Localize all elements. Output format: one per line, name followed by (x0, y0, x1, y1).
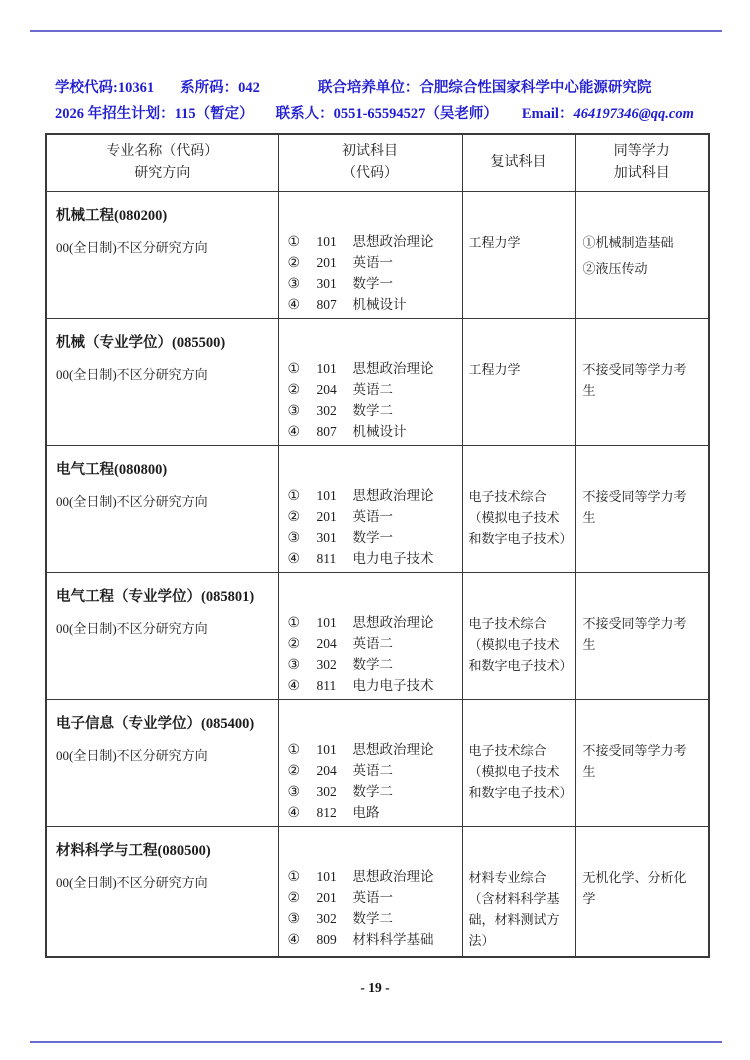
col-header-text: 研究方向 (47, 163, 278, 185)
subject-number-icon: ③ (288, 656, 305, 676)
subject-name: 数学二 (353, 401, 394, 421)
major-name: 机械工程(080200) (56, 204, 272, 225)
col-header-additional: 同等学力 加试科目 (575, 134, 709, 192)
col-header-retest: 复试科目 (462, 134, 575, 192)
subject-name: 思想政治理论 (353, 867, 434, 887)
subject-code: 101 (317, 232, 343, 252)
subject-name: 思想政治理论 (353, 359, 434, 379)
additional-exam-line: 不接受同等学力考生 (583, 613, 699, 655)
subject-name: 英语二 (353, 634, 394, 654)
retest-subject: 电子技术综合（模拟电子技术和数字电子技术） (469, 613, 571, 676)
document-header: 学校代码:10361 系所码：042 联合培养单位：合肥综合性国家科学中心能源研… (55, 76, 720, 126)
subject-item: ①101思想政治理论 (288, 867, 458, 888)
major-cell: 材料科学与工程(080500) 00(全日制)不区分研究方向 (46, 827, 278, 957)
major-cell: 电气工程（专业学位）(085801) 00(全日制)不区分研究方向 (46, 573, 278, 700)
subject-code: 807 (317, 422, 343, 442)
email-address: 464197346@qq.com (573, 106, 693, 122)
initial-exam-cell: ①101思想政治理论②201英语一③302数学二④809材料科学基础 (278, 827, 462, 957)
subject-item: ②201英语一 (288, 888, 458, 909)
subject-code: 811 (317, 549, 343, 569)
subject-code: 301 (317, 274, 343, 294)
subject-name: 数学一 (353, 274, 394, 294)
major-name: 材料科学与工程(080500) (56, 839, 272, 860)
subject-number-icon: ① (288, 741, 305, 761)
subject-item: ②204英语二 (288, 380, 458, 401)
subject-number-icon: ③ (288, 910, 305, 930)
subject-code: 201 (317, 253, 343, 273)
research-direction: 00(全日制)不区分研究方向 (56, 745, 272, 764)
subject-code: 812 (317, 803, 343, 823)
subject-list: ①101思想政治理论②204英语二③302数学二④811电力电子技术 (288, 613, 458, 697)
retest-cell: 电子技术综合（模拟电子技术和数字电子技术） (462, 700, 575, 827)
major-name: 电气工程（专业学位）(085801) (56, 585, 272, 606)
table-header-row: 专业名称（代码） 研究方向 初试科目 （代码） 复试科目 同等学力 加试科目 (46, 134, 709, 192)
subject-list: ①101思想政治理论②201英语一③302数学二④809材料科学基础 (288, 867, 458, 951)
additional-exam: 不接受同等学力考生 (583, 613, 699, 655)
additional-cell: ①机械制造基础②液压传动 (575, 192, 709, 319)
subject-code: 302 (317, 655, 343, 675)
subject-list: ①101思想政治理论②201英语一③301数学一④807机械设计 (288, 232, 458, 316)
subject-list: ①101思想政治理论②204英语二③302数学二④807机械设计 (288, 359, 458, 443)
email-label: Email： (522, 106, 574, 122)
additional-exam: 不接受同等学力考生 (583, 359, 699, 401)
subject-code: 101 (317, 613, 343, 633)
research-direction: 00(全日制)不区分研究方向 (56, 364, 272, 383)
subject-code: 301 (317, 528, 343, 548)
subject-code: 101 (317, 740, 343, 760)
subject-number-icon: ① (288, 614, 305, 634)
document-page: 学校代码:10361 系所码：042 联合培养单位：合肥综合性国家科学中心能源研… (0, 0, 750, 1060)
major-cell: 机械工程(080200) 00(全日制)不区分研究方向 (46, 192, 278, 319)
subject-number-icon: ④ (288, 296, 305, 316)
subject-number-icon: ② (288, 889, 305, 909)
col-header-text: 复试科目 (463, 152, 575, 174)
research-direction: 00(全日制)不区分研究方向 (56, 618, 272, 637)
major-name: 电子信息（专业学位）(085400) (56, 712, 272, 733)
subject-number-icon: ④ (288, 931, 305, 951)
subject-item: ④812电路 (288, 803, 458, 824)
subject-name: 思想政治理论 (353, 232, 434, 252)
subject-code: 101 (317, 867, 343, 887)
subject-code: 204 (317, 380, 343, 400)
subject-number-icon: ② (288, 635, 305, 655)
subject-name: 思想政治理论 (353, 740, 434, 760)
subject-number-icon: ① (288, 233, 305, 253)
subject-item: ③302数学二 (288, 909, 458, 930)
contact-person: 联系人：0551-65594527（吴老师） (276, 102, 498, 126)
subject-code: 101 (317, 359, 343, 379)
major-name: 机械（专业学位）(085500) (56, 331, 272, 352)
subject-number-icon: ③ (288, 783, 305, 803)
additional-cell: 不接受同等学力考生 (575, 700, 709, 827)
subject-name: 机械设计 (353, 295, 407, 315)
subject-item: ②204英语二 (288, 634, 458, 655)
additional-exam-line: 不接受同等学力考生 (583, 486, 699, 528)
subject-number-icon: ④ (288, 804, 305, 824)
joint-unit: 联合培养单位：合肥综合性国家科学中心能源研究院 (318, 76, 652, 100)
additional-exam: 不接受同等学力考生 (583, 740, 699, 782)
subject-number-icon: ④ (288, 423, 305, 443)
footer-rule (30, 1041, 722, 1043)
initial-exam-cell: ①101思想政治理论②204英语二③302数学二④811电力电子技术 (278, 573, 462, 700)
dept-code: 系所码：042 (180, 76, 260, 100)
header-line-2: 2026 年招生计划：115（暂定） 联系人：0551-65594527（吴老师… (55, 102, 720, 126)
additional-exam-line: ①机械制造基础 (583, 232, 699, 253)
subject-number-icon: ① (288, 360, 305, 380)
subject-item: ③302数学二 (288, 782, 458, 803)
additional-cell: 不接受同等学力考生 (575, 319, 709, 446)
subject-name: 英语一 (353, 253, 394, 273)
subject-name: 机械设计 (353, 422, 407, 442)
major-cell: 电气工程(080800) 00(全日制)不区分研究方向 (46, 446, 278, 573)
additional-cell: 不接受同等学力考生 (575, 446, 709, 573)
subject-item: ①101思想政治理论 (288, 486, 458, 507)
subject-code: 204 (317, 634, 343, 654)
subject-item: ④809材料科学基础 (288, 930, 458, 951)
retest-cell: 工程力学 (462, 192, 575, 319)
school-code: 学校代码:10361 (55, 76, 154, 100)
initial-exam-cell: ①101思想政治理论②204英语二③302数学二④812电路 (278, 700, 462, 827)
subject-code: 101 (317, 486, 343, 506)
additional-exam-line: ②液压传动 (583, 258, 699, 279)
subject-item: ①101思想政治理论 (288, 232, 458, 253)
subject-number-icon: ③ (288, 529, 305, 549)
col-header-text: 专业名称（代码） (47, 141, 278, 163)
col-header-text: 初试科目 (279, 141, 462, 163)
subject-code: 204 (317, 761, 343, 781)
subject-name: 英语一 (353, 507, 394, 527)
col-header-text: （代码） (279, 163, 462, 185)
major-cell: 机械（专业学位）(085500) 00(全日制)不区分研究方向 (46, 319, 278, 446)
subject-name: 电力电子技术 (353, 549, 434, 569)
subject-number-icon: ① (288, 487, 305, 507)
subject-item: ④807机械设计 (288, 422, 458, 443)
subject-code: 302 (317, 909, 343, 929)
table-row: 材料科学与工程(080500) 00(全日制)不区分研究方向 ①101思想政治理… (46, 827, 709, 957)
table-row: 机械工程(080200) 00(全日制)不区分研究方向 ①101思想政治理论②2… (46, 192, 709, 319)
subject-name: 数学一 (353, 528, 394, 548)
additional-cell: 不接受同等学力考生 (575, 573, 709, 700)
subject-number-icon: ② (288, 381, 305, 401)
subject-item: ①101思想政治理论 (288, 613, 458, 634)
subject-item: ①101思想政治理论 (288, 740, 458, 761)
retest-subject: 材料专业综合（含材料科学基础，材料测试方法） (469, 867, 571, 951)
subject-code: 809 (317, 930, 343, 950)
subject-number-icon: ② (288, 254, 305, 274)
enrollment-plan: 2026 年招生计划：115（暂定） (55, 102, 254, 126)
subject-item: ②201英语一 (288, 253, 458, 274)
page-number: - 19 - (0, 980, 750, 996)
subject-code: 302 (317, 401, 343, 421)
col-header-major: 专业名称（代码） 研究方向 (46, 134, 278, 192)
table-body: 机械工程(080200) 00(全日制)不区分研究方向 ①101思想政治理论②2… (46, 192, 709, 957)
subject-number-icon: ② (288, 508, 305, 528)
retest-subject: 电子技术综合（模拟电子技术和数字电子技术） (469, 486, 571, 549)
retest-cell: 电子技术综合（模拟电子技术和数字电子技术） (462, 573, 575, 700)
retest-subject: 工程力学 (469, 232, 571, 253)
subject-list: ①101思想政治理论②204英语二③302数学二④812电路 (288, 740, 458, 824)
additional-exam: ①机械制造基础②液压传动 (583, 232, 699, 279)
subject-name: 数学二 (353, 655, 394, 675)
additional-exam-line: 不接受同等学力考生 (583, 740, 699, 782)
retest-subject: 工程力学 (469, 359, 571, 380)
additional-exam-line: 无机化学、分析化学 (583, 867, 699, 909)
research-direction: 00(全日制)不区分研究方向 (56, 491, 272, 510)
retest-cell: 材料专业综合（含材料科学基础，材料测试方法） (462, 827, 575, 957)
retest-subject: 电子技术综合（模拟电子技术和数字电子技术） (469, 740, 571, 803)
subject-number-icon: ② (288, 762, 305, 782)
table-row: 电子信息（专业学位）(085400) 00(全日制)不区分研究方向 ①101思想… (46, 700, 709, 827)
col-header-text: 加试科目 (576, 163, 709, 185)
subject-name: 思想政治理论 (353, 486, 434, 506)
additional-exam: 无机化学、分析化学 (583, 867, 699, 909)
subject-name: 材料科学基础 (353, 930, 434, 950)
initial-exam-cell: ①101思想政治理论②201英语一③301数学一④811电力电子技术 (278, 446, 462, 573)
admissions-table: 专业名称（代码） 研究方向 初试科目 （代码） 复试科目 同等学力 加试科目 (45, 133, 710, 958)
subject-name: 英语一 (353, 888, 394, 908)
subject-code: 201 (317, 507, 343, 527)
table-row: 机械（专业学位）(085500) 00(全日制)不区分研究方向 ①101思想政治… (46, 319, 709, 446)
email: Email：464197346@qq.com (522, 102, 694, 126)
col-header-text: 同等学力 (576, 141, 709, 163)
subject-number-icon: ④ (288, 550, 305, 570)
research-direction: 00(全日制)不区分研究方向 (56, 872, 272, 891)
major-name: 电气工程(080800) (56, 458, 272, 479)
subject-item: ③302数学二 (288, 655, 458, 676)
subject-name: 电路 (353, 803, 380, 823)
subject-item: ②201英语一 (288, 507, 458, 528)
additional-cell: 无机化学、分析化学 (575, 827, 709, 957)
subject-item: ④811电力电子技术 (288, 676, 458, 697)
table-row: 电气工程(080800) 00(全日制)不区分研究方向 ①101思想政治理论②2… (46, 446, 709, 573)
subject-name: 英语二 (353, 761, 394, 781)
subject-item: ④811电力电子技术 (288, 549, 458, 570)
subject-number-icon: ① (288, 868, 305, 888)
subject-number-icon: ④ (288, 677, 305, 697)
additional-exam-line: 不接受同等学力考生 (583, 359, 699, 401)
subject-name: 数学二 (353, 782, 394, 802)
subject-name: 思想政治理论 (353, 613, 434, 633)
subject-code: 302 (317, 782, 343, 802)
subject-item: ①101思想政治理论 (288, 359, 458, 380)
header-line-1: 学校代码:10361 系所码：042 联合培养单位：合肥综合性国家科学中心能源研… (55, 76, 720, 100)
subject-item: ③301数学一 (288, 274, 458, 295)
subject-list: ①101思想政治理论②201英语一③301数学一④811电力电子技术 (288, 486, 458, 570)
subject-number-icon: ③ (288, 402, 305, 422)
subject-item: ④807机械设计 (288, 295, 458, 316)
subject-item: ②204英语二 (288, 761, 458, 782)
initial-exam-cell: ①101思想政治理论②204英语二③302数学二④807机械设计 (278, 319, 462, 446)
subject-item: ③301数学一 (288, 528, 458, 549)
subject-name: 电力电子技术 (353, 676, 434, 696)
initial-exam-cell: ①101思想政治理论②201英语一③301数学一④807机械设计 (278, 192, 462, 319)
subject-code: 811 (317, 676, 343, 696)
header-rule (30, 30, 722, 32)
research-direction: 00(全日制)不区分研究方向 (56, 237, 272, 256)
subject-name: 英语二 (353, 380, 394, 400)
retest-cell: 工程力学 (462, 319, 575, 446)
retest-cell: 电子技术综合（模拟电子技术和数字电子技术） (462, 446, 575, 573)
major-cell: 电子信息（专业学位）(085400) 00(全日制)不区分研究方向 (46, 700, 278, 827)
col-header-initial-exam: 初试科目 （代码） (278, 134, 462, 192)
subject-code: 201 (317, 888, 343, 908)
table-header: 专业名称（代码） 研究方向 初试科目 （代码） 复试科目 同等学力 加试科目 (46, 134, 709, 192)
subject-item: ③302数学二 (288, 401, 458, 422)
subject-code: 807 (317, 295, 343, 315)
subject-name: 数学二 (353, 909, 394, 929)
subject-number-icon: ③ (288, 275, 305, 295)
table-row: 电气工程（专业学位）(085801) 00(全日制)不区分研究方向 ①101思想… (46, 573, 709, 700)
additional-exam: 不接受同等学力考生 (583, 486, 699, 528)
